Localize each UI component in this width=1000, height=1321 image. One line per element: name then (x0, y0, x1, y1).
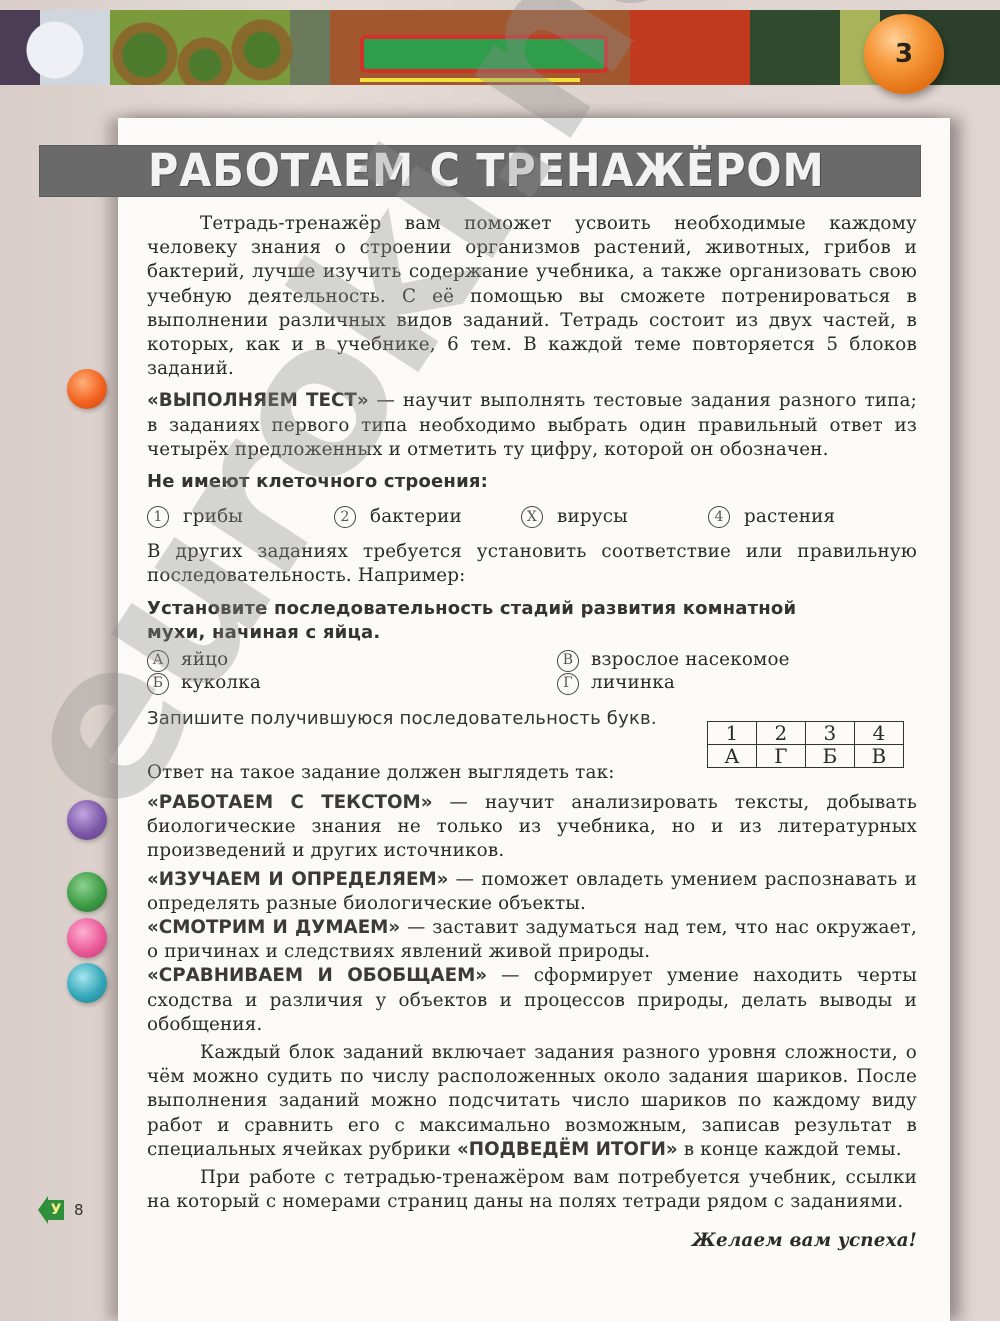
table-cell[interactable]: А (708, 745, 757, 768)
rubric-name: «ПОДВЕДЁМ ИТОГИ» (457, 1139, 678, 1160)
answer-table-positions: 1 2 3 4 (708, 722, 904, 745)
sequence-question: Установите последовательность стадий раз… (147, 597, 807, 645)
arrow-left-icon (38, 1196, 48, 1224)
answer-intro: Ответ на такое задание должен выглядеть … (147, 761, 615, 785)
seq-option-v: Ввзрослое насекомое (557, 649, 917, 672)
option-label: личинка (591, 671, 675, 695)
textbook-page-ref: 8 (74, 1201, 84, 1219)
page-title: РАБОТАЕМ С ТРЕНАЖЁРОМ (148, 143, 825, 199)
ball-icon-identify (67, 872, 107, 912)
block-text-paragraph: «РАБОТАЕМ С ТЕКСТОМ» — научит анализиров… (147, 791, 917, 864)
seq-option-a: Аяйцо (147, 649, 557, 672)
block-name: «ИЗУЧАЕМ И ОПРЕДЕЛЯЕМ» (147, 869, 448, 890)
option-label: растения (744, 505, 835, 529)
main-content: Тетрадь-тренажёр вам поможет усвоить нео… (147, 212, 917, 1253)
seq-option-g: Гличинка (557, 672, 917, 695)
textbook-paragraph: При работе с тетрадью-тренажёром вам пот… (147, 1166, 917, 1214)
page-number-badge: 3 (864, 14, 944, 94)
levels-paragraph: Каждый блок заданий включает задания раз… (147, 1041, 917, 1162)
option-3-selected[interactable]: Xвирусы (521, 505, 708, 529)
block-name: «СМОТРИМ И ДУМАЕМ» (147, 917, 400, 938)
table-cell: 1 (708, 722, 757, 745)
other-tasks-paragraph: В других заданиях требуется установить с… (147, 540, 917, 588)
ball-icon-think (67, 918, 107, 958)
option-1[interactable]: 1грибы (147, 505, 334, 529)
option-marker: 1 (147, 506, 169, 528)
block-test-name: «ВЫПОЛНЯЕМ ТЕСТ» (147, 390, 369, 411)
block-identify-paragraph: «ИЗУЧАЕМ И ОПРЕДЕЛЯЕМ» — поможет овладет… (147, 868, 917, 916)
closing-wish: Желаем вам успеха! (147, 1229, 917, 1253)
table-cell[interactable]: Г (757, 745, 806, 768)
banner-illustration (360, 35, 608, 73)
option-label: грибы (183, 505, 243, 529)
block-name: «СРАВНИВАЕМ И ОБОБЩАЕМ» (147, 965, 487, 986)
table-cell: 2 (757, 722, 806, 745)
option-label: бактерии (370, 505, 462, 529)
block-compare-paragraph: «СРАВНИВАЕМ И ОБОБЩАЕМ» — сформирует уме… (147, 964, 917, 1037)
block-test-paragraph: «ВЫПОЛНЯЕМ ТЕСТ» — научит выполнять тест… (147, 389, 917, 462)
ball-icon-compare (67, 963, 107, 1003)
table-cell: 3 (806, 722, 855, 745)
ball-icon-test (67, 369, 107, 409)
sequence-options: Аяйцо Ввзрослое насекомое Бкуколка Гличи… (147, 649, 917, 695)
intro-paragraph: Тетрадь-тренажёр вам поможет усвоить нео… (147, 212, 917, 381)
option-marker: А (147, 650, 169, 672)
answer-options: 1грибы 2бактерии Xвирусы 4растения (147, 502, 917, 532)
table-cell[interactable]: Б (806, 745, 855, 768)
option-marker: 2 (334, 506, 356, 528)
answer-table-letters: А Г Б В (708, 745, 904, 768)
option-2[interactable]: 2бактерии (334, 505, 521, 529)
banner-illustration-detail (360, 78, 580, 82)
header-banner-image (0, 10, 1000, 85)
example-question: Не имеют клеточного строения: (147, 470, 917, 494)
option-marker: 4 (708, 506, 730, 528)
block-name: «РАБОТАЕМ С ТЕКСТОМ» (147, 792, 433, 813)
option-label: яйцо (181, 648, 228, 672)
option-marker: В (557, 650, 579, 672)
crossed-circle-icon: X (521, 506, 543, 528)
sequence-instruction: Запишите получившуюся последовательность… (147, 707, 657, 731)
answer-table: 1 2 3 4 А Г Б В (707, 721, 904, 768)
seq-option-b: Бкуколка (147, 672, 557, 695)
table-cell[interactable]: В (855, 745, 904, 768)
option-label: взрослое насекомое (591, 648, 790, 672)
textbook-icon: У (48, 1200, 64, 1220)
block-think-paragraph: «СМОТРИМ И ДУМАЕМ» — заставит задуматься… (147, 916, 917, 964)
levels-text-end: в конце каждой темы. (678, 1139, 902, 1160)
option-label: куколка (181, 671, 261, 695)
sequence-answer-area: Запишите получившуюся последовательность… (147, 699, 917, 791)
textbook-reference: У 8 (38, 1196, 84, 1224)
option-marker: Г (557, 673, 579, 695)
option-label: вирусы (557, 505, 628, 529)
option-marker: Б (147, 673, 169, 695)
table-cell: 4 (855, 722, 904, 745)
ball-icon-text (67, 800, 107, 840)
option-4[interactable]: 4растения (708, 505, 895, 529)
page-number: 3 (895, 39, 913, 69)
